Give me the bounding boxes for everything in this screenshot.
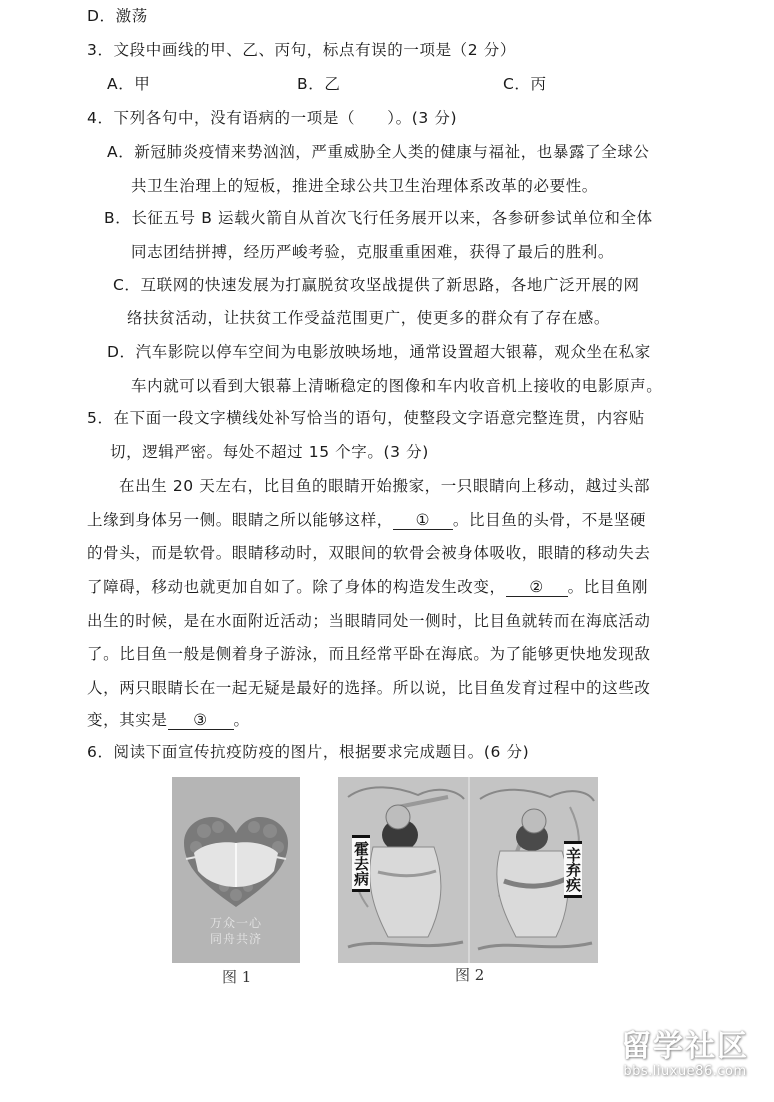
q4-option-d-line2: 车内就可以看到大银幕上清晰稳定的图像和车内收音机上接收的电影原声。 (131, 376, 662, 396)
q5-passage-line4: 了障碍，移动也就更加自如了。除了身体的构造发生改变，②。比目鱼刚 (87, 577, 648, 597)
q4-stem: 4．下列各句中，没有语病的一项是（ ）。(3 分) (87, 108, 457, 128)
banner-huo-qubing: 霍去病 (352, 835, 370, 892)
q5-passage-line4-pre: 了障碍，移动也就更加自如了。除了身体的构造发生改变， (87, 578, 506, 596)
slogan-line-1: 万众一心 (172, 916, 300, 931)
q3-option-a: A．甲 (107, 74, 150, 94)
q4-option-c-line2: 络扶贫活动，让扶贫工作受益范围更广，使更多的群众有了存在感。 (127, 308, 610, 328)
answer-blank-1[interactable]: ① (393, 511, 453, 530)
heart-icon (184, 817, 288, 909)
q4-option-a-line1: A．新冠肺炎疫情来势汹汹，严重威胁全人类的健康与福祉，也暴露了全球公 (107, 142, 650, 162)
q5-passage-line3: 的骨头，而是软骨。眼睛移动时，双眼间的软骨会被身体吸收，眼睛的移动失去 (87, 543, 651, 563)
door-god-right-panel: 辛弃疾 (470, 777, 598, 963)
figure-2-caption: 图 2 (455, 964, 484, 985)
q5-stem-line1: 5．在下面一段文字横线处补写恰当的语句，使整段文字语意完整连贯，内容贴 (87, 408, 645, 428)
q3-option-c: C．丙 (503, 74, 547, 94)
watermark-title: 留学社区 (600, 1030, 770, 1064)
q5-passage-line1: 在出生 20 天左右，比目鱼的眼睛开始搬家，一只眼睛向上移动，越过头部 (119, 476, 650, 496)
answer-blank-3[interactable]: ③ (168, 711, 234, 730)
answer-blank-2[interactable]: ② (506, 578, 568, 597)
q5-passage-line8-pre: 变，其实是 (87, 711, 168, 729)
q5-stem-line2: 切，逻辑严密。每处不超过 15 个字。(3 分) (110, 442, 429, 462)
q5-passage-line4-post: 。比目鱼刚 (568, 578, 649, 596)
q5-passage-line6: 了。比目鱼一般是侧着身子游泳，而且经常平卧在海底。为了能够更快地发现敌 (87, 644, 651, 664)
q5-passage-line5: 出生的时候，是在水面附近活动；当眼睛同处一侧时，比目鱼就转而在海底活动 (87, 611, 651, 631)
figure-1-poster: 万众一心 同舟共济 (172, 777, 300, 963)
q5-passage-line8: 变，其实是③。 (87, 710, 250, 730)
q5-passage-line8-post: 。 (234, 711, 250, 729)
q5-passage-line2-post: 。比目鱼的头骨，不是坚硬 (453, 511, 646, 529)
door-god-left-panel: 霍去病 (338, 777, 468, 963)
q3-option-b: B．乙 (297, 74, 340, 94)
figure-1-caption: 图 1 (222, 966, 251, 987)
q4-option-c-line1: C．互联网的快速发展为打赢脱贫攻坚战提供了新思路，各地广泛开展的网 (113, 275, 640, 295)
q2-option-d: D．激荡 (87, 6, 148, 26)
q4-option-d-line1: D．汽车影院以停车空间为电影放映场地，通常设置超大银幕，观众坐在私家 (107, 342, 651, 362)
slogan-line-2: 同舟共济 (172, 932, 300, 947)
watermark-url: bbs.liuxue86.com (600, 1064, 770, 1080)
q4-option-a-line2: 共卫生治理上的短板，推进全球公共卫生治理体系改革的必要性。 (131, 176, 598, 196)
q3-stem: 3．文段中画线的甲、乙、丙句，标点有误的一项是（2 分） (87, 40, 516, 60)
heart-mask-graphic (184, 817, 288, 909)
site-watermark: 留学社区 bbs.liuxue86.com (600, 1030, 770, 1080)
q4-option-b-line2: 同志团结拼搏，经历严峻考验，克服重重困难，获得了最后的胜利。 (131, 242, 614, 262)
q5-passage-line2: 上缘到身体另一侧。眼睛之所以能够这样，①。比目鱼的头骨，不是坚硬 (87, 510, 646, 530)
q4-option-b-line1: B．长征五号 B 运载火箭自从首次飞行任务展开以来，各参研参试单位和全体 (104, 208, 653, 228)
banner-xin-qiji: 辛弃疾 (564, 841, 582, 898)
q6-stem: 6．阅读下面宣传抗疫防疫的图片，根据要求完成题目。(6 分) (87, 742, 529, 762)
figure-2-door-gods: 霍去病 辛弃疾 (338, 777, 598, 963)
q5-passage-line2-pre: 上缘到身体另一侧。眼睛之所以能够这样， (87, 511, 393, 529)
q5-passage-line7: 人，两只眼睛长在一起无疑是最好的选择。所以说，比目鱼发育过程中的这些改 (87, 678, 651, 698)
